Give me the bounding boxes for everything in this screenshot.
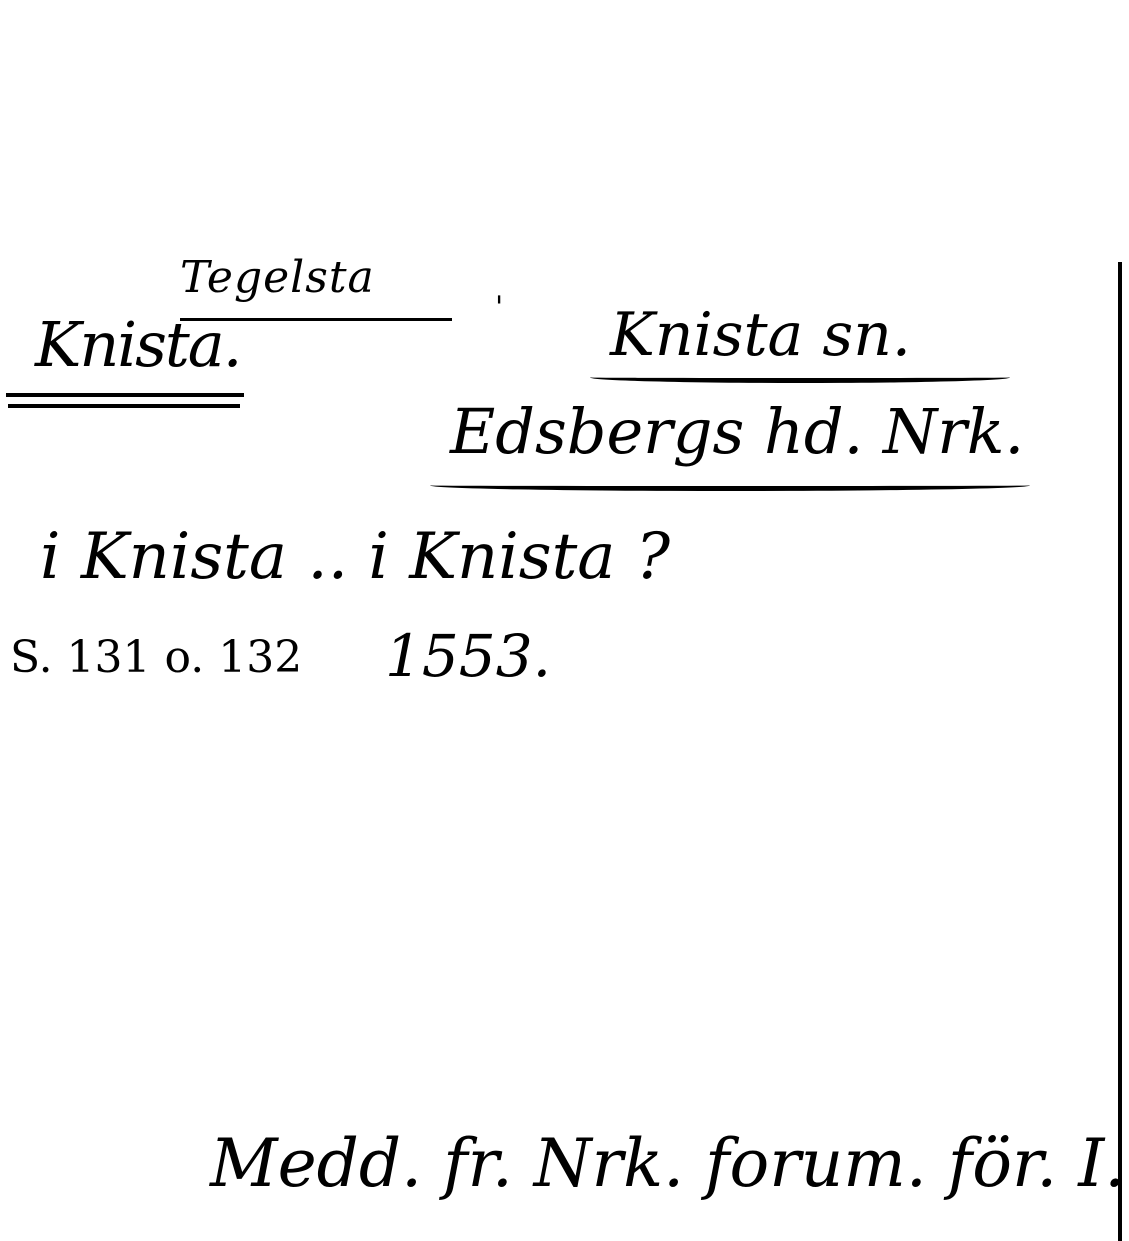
variant-mark: ' xyxy=(495,290,503,325)
page-reference: S. 131 o. 132 xyxy=(10,632,302,683)
parish-name: Knista sn. xyxy=(610,300,911,370)
card-edge-line xyxy=(1118,262,1122,1241)
attested-forms: i Knista .. i Knista ? xyxy=(40,520,670,594)
hundred-wavy-underline xyxy=(430,480,1030,491)
archive-card: Tegelsta ' Knista. Knista sn. Edsbergs h… xyxy=(0,0,1129,1241)
headword: Knista. xyxy=(35,308,240,381)
headword-underline-2 xyxy=(8,404,240,408)
variant-name: Tegelsta xyxy=(180,252,375,303)
headword-underline-1 xyxy=(6,393,244,397)
hundred-county: Edsbergs hd. Nrk. xyxy=(450,395,1024,468)
year: 1553. xyxy=(385,622,551,690)
parish-wavy-underline xyxy=(590,372,1010,383)
source-citation: Medd. fr. Nrk. forum. för. I. xyxy=(210,1125,1125,1202)
